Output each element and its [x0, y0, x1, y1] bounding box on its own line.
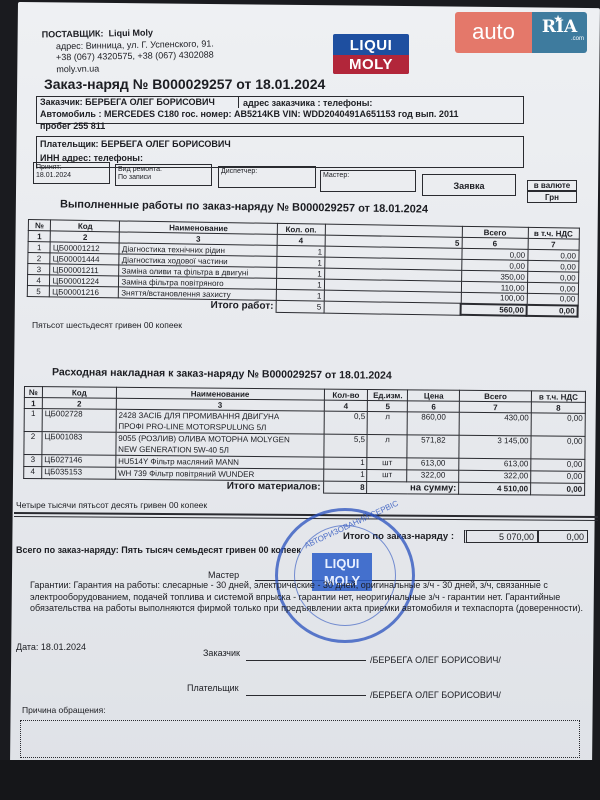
row-number: 1	[28, 242, 51, 253]
accepted-label: Принят:	[36, 164, 107, 172]
works-table: № Код Наименование Кол. оп. Всего в т.ч.…	[27, 219, 580, 318]
material-vat: 0,00	[531, 471, 585, 483]
watermark-auto: auto	[455, 12, 532, 53]
materials-table: № Код Наименование Кол-во Ед.изм. Цена В…	[23, 386, 586, 496]
work-vat: 0,00	[527, 271, 578, 283]
reason-label: Причина обращения:	[22, 705, 106, 715]
warranty-text: Гарантии: Гарантия на работы: слесарные …	[30, 580, 590, 615]
materials-sum-label: на сумму:	[367, 481, 459, 494]
star-icon: ★	[554, 13, 562, 27]
dispatcher-box: Диспетчер:	[218, 166, 316, 188]
material-total: 322,00	[459, 470, 531, 483]
master-box: Мастер:	[320, 170, 416, 192]
supplier-label: ПОСТАВЩИК:	[42, 28, 104, 39]
supplier-block: ПОСТАВЩИК: Liqui Moly адрес: Винница, ул…	[42, 27, 215, 76]
col-number: 2	[42, 398, 116, 410]
work-quantity: 1	[276, 278, 324, 290]
row-number: 2	[24, 432, 42, 455]
col-header: Ед.изм.	[368, 390, 408, 401]
work-quantity: 1	[277, 245, 325, 257]
material-name: 2428 ЗАСІБ ДЛЯ ПРОМИВАННЯ ДВИГУНАПРОФІ P…	[116, 409, 324, 434]
material-name-line: WH 739 Фільтр повітряний WUNDER	[118, 468, 321, 481]
car-info: Автомобиль : MERCEDES C180 гос. номер: A…	[40, 109, 458, 119]
material-total: 3 145,00	[459, 435, 531, 459]
material-price: 322,00	[407, 470, 459, 482]
customer-signature-line	[246, 660, 366, 661]
stamp-logo-top: LIQUI	[312, 555, 372, 572]
work-vat: 0,00	[527, 293, 578, 305]
col-number: 4	[277, 234, 325, 246]
work-quantity: 1	[276, 267, 324, 279]
materials-total-qty: 8	[323, 481, 367, 493]
material-name-line: HU514Y Фільтр масляний MANN	[118, 456, 321, 469]
work-vat: 0,00	[528, 249, 579, 261]
currency-label: в валюте	[527, 180, 577, 191]
order-title: Заказ-наряд № B000029257 от 18.01.2024	[44, 76, 325, 92]
materials-total-in-words: Четыре тысячи пятьсот десять гривен 00 к…	[16, 500, 207, 510]
materials-total-vat: 0,00	[531, 483, 585, 495]
work-quantity: 1	[277, 256, 325, 268]
works-total-vat: 0,00	[527, 304, 578, 316]
material-name: 9055 (РОЗЛИВ) ОЛИВА МОТОРНА MOLYGENNEW G…	[116, 432, 324, 457]
materials-total-sum: 4 510,00	[459, 482, 531, 495]
material-code: ЦБ035153	[42, 467, 116, 480]
material-quantity: 0,5	[324, 411, 368, 434]
master-signature-label: Мастер	[208, 570, 239, 580]
row-number: 1	[24, 409, 42, 432]
material-total: 613,00	[459, 458, 531, 471]
liqui-moly-logo: LIQUI MOLY	[333, 34, 409, 74]
mileage: пробег 255 811	[40, 121, 105, 131]
accepted-box: Принят: 18.01.2024	[33, 162, 110, 184]
reason-field	[20, 720, 580, 758]
empty-cell	[324, 301, 461, 315]
repair-type: По записи	[118, 174, 209, 182]
master-label: Мастер:	[323, 172, 413, 180]
address-label: адрес:	[56, 40, 83, 50]
col-header: Кол. оп.	[277, 223, 325, 235]
col-number: 6	[408, 401, 460, 412]
material-price: 571,82	[407, 435, 459, 458]
dispatcher-label: Диспетчер:	[221, 168, 313, 176]
col-number: 7	[460, 401, 532, 413]
customer-signature-name: /БЕРБЕГА ОЛЕГ БОРИСОВИЧ/	[370, 655, 501, 665]
material-unit: л	[368, 412, 408, 435]
grand-total-vat: 0,00	[538, 530, 588, 543]
col-header: №	[28, 220, 51, 231]
works-total-qty: 5	[276, 300, 324, 312]
row-number: 5	[27, 285, 50, 296]
document-date: Дата: 18.01.2024	[16, 642, 86, 652]
payer-signature-name: /БЕРБЕГА ОЛЕГ БОРИСОВИЧ/	[370, 690, 501, 700]
material-unit: шт	[367, 457, 407, 469]
material-total: 430,00	[459, 412, 531, 436]
payer-name: Плательщик: БЕРБЕГА ОЛЕГ БОРИСОВИЧ	[40, 139, 231, 149]
col-header: Цена	[408, 390, 460, 401]
row-number: 2	[28, 253, 51, 264]
material-quantity: 5,5	[323, 434, 367, 457]
divider	[238, 96, 239, 108]
col-number: 1	[24, 398, 42, 409]
row-number: 4	[24, 467, 42, 479]
col-header: Код	[42, 387, 116, 399]
works-total-sum: 560,00	[461, 303, 527, 316]
accepted-date: 18.01.2024	[36, 172, 107, 180]
materials-total-label: Итого материалов:	[24, 479, 324, 494]
payer-signature-line	[246, 695, 366, 696]
payer-signature-label: Плательщик	[187, 683, 239, 693]
material-unit: л	[367, 434, 407, 457]
grand-total-in-words: Всего по заказ-наряду: Пять тысяч семьде…	[16, 545, 301, 555]
background-surface	[0, 760, 600, 800]
repair-type-box: Вид ремонта: По записи	[115, 164, 212, 186]
material-code: ЦБ002728	[42, 409, 116, 433]
customer-name: Заказчик: БЕРБЕГА ОЛЕГ БОРИСОВИЧ	[40, 97, 215, 107]
material-name-line: ПРОФІ PRO-LINE MOTORSPULUNG 5Л	[118, 421, 321, 434]
material-code: ЦБ027146	[42, 455, 116, 468]
material-name: HU514Y Фільтр масляний MANN	[116, 455, 324, 469]
col-header: Кол-во	[324, 389, 368, 400]
request-box: Заявка	[422, 174, 516, 196]
customer-address: адрес заказчика : телефоны:	[243, 98, 372, 108]
row-number: 4	[27, 275, 50, 286]
col-number: 5	[368, 401, 408, 412]
supplier-name: Liqui Moly	[108, 28, 153, 39]
watermark-ria: ★ RIA .com	[532, 12, 587, 53]
supplier-address: Винница, ул. Г. Успенского, 91.	[86, 38, 214, 50]
currency-value: Грн	[527, 191, 577, 203]
col-header: Всего	[460, 390, 532, 402]
logo-top: LIQUI	[333, 37, 409, 54]
col-header: в т.ч. НДС	[528, 227, 579, 239]
col-number: 7	[528, 238, 579, 250]
work-vat: 0,00	[527, 260, 578, 272]
col-number: 1	[28, 231, 51, 242]
col-number: 8	[531, 402, 585, 413]
row-number: 3	[28, 264, 51, 275]
material-quantity: 1	[323, 457, 367, 469]
logo-bottom: MOLY	[333, 55, 409, 74]
col-number: 4	[324, 400, 368, 411]
material-code: ЦБ001083	[42, 432, 116, 456]
material-name: WH 739 Фільтр повітряний WUNDER	[115, 467, 323, 481]
col-header: №	[24, 387, 42, 398]
customer-signature-label: Заказчик	[203, 648, 240, 658]
work-vat: 0,00	[527, 282, 578, 294]
work-quantity: 1	[276, 289, 324, 301]
works-total-in-words: Пятьсот шестьдесят гривен 00 копеек	[32, 320, 182, 330]
repair-type-label: Вид ремонта:	[118, 166, 209, 174]
material-unit: шт	[367, 469, 407, 481]
material-vat: 0,00	[531, 459, 585, 471]
row-number: 3	[24, 455, 42, 467]
material-vat: 0,00	[531, 413, 585, 436]
col-header: в т.ч. НДС	[531, 391, 585, 402]
material-name-line: NEW GENERATION 5W-40 5Л	[118, 444, 321, 457]
material-price: 860,00	[407, 412, 459, 435]
material-quantity: 1	[323, 469, 367, 481]
grand-total-sum: 5 070,00	[464, 530, 538, 543]
material-price: 613,00	[407, 458, 459, 470]
autoria-watermark: auto ★ RIA .com	[455, 12, 587, 53]
material-vat: 0,00	[531, 436, 585, 459]
